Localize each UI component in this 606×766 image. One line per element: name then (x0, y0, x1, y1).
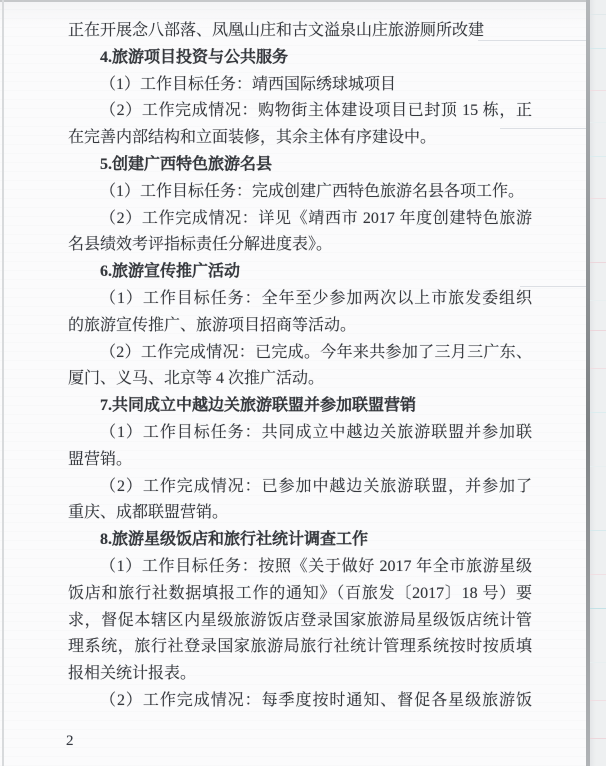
text-line: （2）工作完成情况：已参加中越边关旅游联盟，并参加了 (68, 474, 532, 501)
scan-edge-left (2, 0, 4, 766)
text-line: （2）工作完成情况：购物街主体建设项目已封顶 15 栋，正 (68, 98, 532, 125)
ruled-line (590, 412, 606, 413)
ruled-line (590, 330, 606, 331)
ruled-line (590, 48, 606, 49)
scan-artifact-line (478, 40, 586, 41)
text-line: 重庆、成都联盟营销。 (68, 500, 532, 527)
ruled-line (590, 608, 606, 609)
ruled-line (590, 738, 606, 739)
text-line: （1）工作目标任务：共同成立中越边关旅游联盟并参加联 (68, 420, 532, 447)
heading-line: 5.创建广西特色旅游名县 (68, 152, 532, 179)
ruled-line (590, 14, 606, 15)
text-line: （1）工作目标任务：全年至少参加两次以上市旅发委组织 (68, 286, 532, 313)
heading-line: 7.共同成立中越边关旅游联盟并参加联盟营销 (68, 393, 532, 420)
heading-line: 4.旅游项目投资与公共服务 (68, 45, 532, 72)
text-line: 求，督促本辖区内星级旅游饭店登录国家旅游局星级饭店统计管 (68, 608, 532, 635)
ruled-line (590, 466, 606, 467)
text-line: 理系统，旅行社登录国家旅游局旅行社统计管理系统按时按质填 (68, 634, 532, 661)
ruled-paper-edge-strip (590, 0, 606, 766)
text-line: 报相关统计报表。 (68, 661, 532, 688)
text-line: （1）工作目标任务：完成创建广西特色旅游名县各项工作。 (68, 179, 532, 206)
ruled-line (590, 662, 606, 663)
scan-artifact-line (520, 286, 586, 287)
text-line: 饭店和旅行社数据填报工作的通知》（百旅发〔2017〕18 号）要 (68, 581, 532, 608)
text-line: （2）工作完成情况：详见《靖西市 2017 年度创建特色旅游 (68, 206, 532, 233)
ruled-line (590, 198, 606, 199)
text-line: 厦门、义马、北京等 4 次推广活动。 (68, 366, 532, 393)
ruled-line (590, 574, 606, 575)
scan-artifact-line (500, 128, 586, 129)
text-line: 盟营销。 (68, 447, 532, 474)
ruled-line (590, 122, 606, 123)
scan-edge-top (0, 0, 606, 2)
scanned-page: 正在开展念八部落、凤凰山庄和古文溢泉山庄旅游厕所改建4.旅游项目投资与公共服务（… (0, 0, 606, 766)
ruled-line (590, 368, 606, 369)
ruled-line (590, 90, 606, 91)
text-line: 在完善内部结构和立面装修，其余主体有序建设中。 (68, 125, 532, 152)
text-line: 正在开展念八部落、凤凰山庄和古文溢泉山庄旅游厕所改建 (68, 18, 532, 45)
document-body: 正在开展念八部落、凤凰山庄和古文溢泉山庄旅游厕所改建4.旅游项目投资与公共服务（… (68, 18, 532, 715)
text-line: 名县绩效考评指标责任分解进度表》。 (68, 232, 532, 259)
text-line: （1）工作目标任务：按照《关于做好 2017 年全市旅游星级 (68, 554, 532, 581)
heading-line: 6.旅游宣传推广活动 (68, 259, 532, 286)
ruled-line (590, 700, 606, 701)
text-line: （2）工作完成情况：已完成。今年来共参加了三月三广东、 (68, 340, 532, 367)
ruled-line (590, 262, 606, 263)
heading-line: 8.旅游星级饭店和旅行社统计调查工作 (68, 527, 532, 554)
ruled-line (590, 530, 606, 531)
ruled-line (590, 300, 606, 301)
text-line: （1）工作目标任务：靖西国际绣球城项目 (68, 72, 532, 99)
text-line: （2）工作完成情况：每季度按时通知、督促各星级旅游饭 (68, 688, 532, 715)
text-line: 的旅游宣传推广、旅游项目招商等活动。 (68, 313, 532, 340)
page-number: 2 (66, 731, 74, 751)
ruled-line (590, 156, 606, 157)
